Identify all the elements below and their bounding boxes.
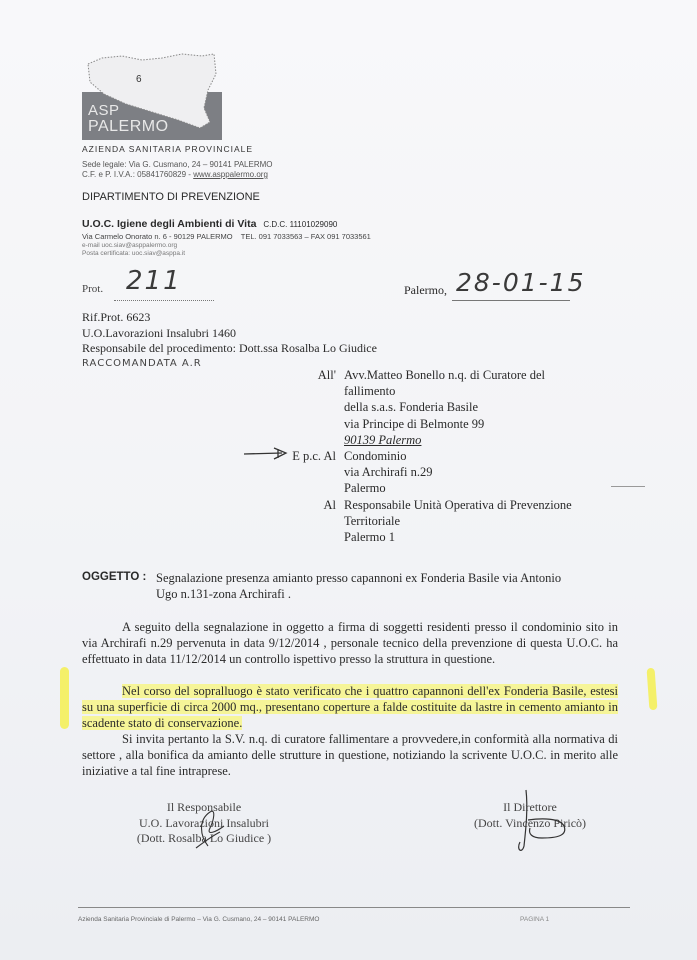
recipient-line: Territoriale (344, 513, 572, 529)
paragraph-text: A seguito della segnalazione in oggetto … (82, 620, 618, 666)
recipient-curatore: All' Avv.Matteo Bonello n.q. di Curatore… (280, 367, 572, 448)
rif-prot: Rif.Prot. 6623 (82, 310, 377, 326)
recipient-line: Responsabile Unità Operativa di Prevenzi… (344, 497, 572, 513)
recipient-uop: Al Responsabile Unità Operativa di Preve… (280, 497, 572, 546)
responsabile-procedimento: Responsabile del procedimento: Dott.ssa … (82, 341, 377, 357)
recipients-block: All' Avv.Matteo Bonello n.q. di Curatore… (280, 367, 572, 545)
website-link[interactable]: www.asppalermo.org (193, 170, 268, 179)
stray-mark (611, 486, 645, 487)
protocol-underline (114, 300, 214, 301)
subject-label: OGGETTO : (82, 571, 146, 583)
organization-name: AZIENDA SANITARIA PROVINCIALE (82, 144, 253, 154)
recipient-line: Condominio (344, 448, 433, 464)
references-block: Rif.Prot. 6623 U.O.Lavorazioni Insalubri… (82, 310, 377, 357)
body-paragraph-3: Si invita pertanto la S.V. n.q. di curat… (82, 731, 618, 779)
cf-piva: C.F. e P. I.V.A.: 05841760829 - (82, 170, 193, 179)
highlighter-mark-left (60, 667, 69, 729)
recipient-key: Al (280, 497, 344, 546)
page-number: PAGINA 1 (520, 916, 549, 923)
recipient-line: Palermo 1 (344, 529, 572, 545)
footer-address: Azienda Sanitaria Provinciale di Palermo… (78, 916, 319, 923)
recipient-line: via Archirafi n.29 (344, 464, 433, 480)
logo-asp-text: ASP (88, 102, 120, 119)
uoc-address-line: Via Carmelo Onorato n. 6 - 90129 PALERMO… (82, 232, 371, 241)
highlighter-mark-right (647, 668, 658, 710)
recipient-line: della s.a.s. Fonderia Basile (344, 399, 545, 415)
highlighted-text: Nel corso del sopralluogo è stato verifi… (82, 684, 618, 730)
uoc-address: Via Carmelo Onorato n. 6 - 90129 PALERMO (82, 232, 233, 241)
uo-reference: U.O.Lavorazioni Insalubri 1460 (82, 326, 377, 342)
body-paragraph-1: A seguito della segnalazione in oggetto … (82, 619, 618, 667)
recipient-line: Palermo (344, 480, 433, 496)
letter-page: 6 ASP PALERMO AZIENDA SANITARIA PROVINCI… (0, 0, 697, 960)
recipient-key: E p.c. Al (280, 448, 344, 497)
protocol-number: 211 (126, 266, 182, 296)
uoc-header: U.O.C. Igiene degli Ambienti di Vita C.D… (82, 218, 337, 230)
recipient-city: 90139 Palermo (344, 432, 545, 448)
signature-responsabile: Il Responsabile U.O. Lavorazioni Insalub… (104, 800, 304, 847)
recipient-key: All' (280, 367, 344, 448)
uoc-phone-fax: TEL. 091 7033563 – FAX 091 7033561 (241, 232, 371, 241)
subject-line-1: Segnalazione presenza amianto presso cap… (156, 570, 616, 586)
place-label: Palermo, (404, 283, 447, 298)
handwritten-signature-icon (190, 806, 230, 852)
subject-text: Segnalazione presenza amianto presso cap… (156, 570, 616, 602)
uoc-cdc: C.D.C. 11101029090 (263, 220, 337, 229)
uoc-email: e-mail uoc.siav@asppalermo.org (82, 242, 177, 249)
date-underline (452, 300, 570, 301)
recipient-condominio: E p.c. Al Condominio via Archirafi n.29 … (280, 448, 572, 497)
footer-divider (78, 907, 630, 908)
uoc-name: U.O.C. Igiene degli Ambienti di Vita (82, 218, 256, 230)
sede-legale: Sede legale: Via G. Cusmano, 24 – 90141 … (82, 160, 272, 169)
signature-direttore: Il Direttore (Dott. Vincenzo Piricò) (450, 800, 610, 831)
recipient-line: fallimento (344, 383, 545, 399)
cf-piva-line: C.F. e P. I.V.A.: 05841760829 - www.aspp… (82, 170, 268, 179)
recipient-line: Avv.Matteo Bonello n.q. di Curatore del (344, 367, 545, 383)
protocol-label: Prot. (82, 283, 103, 295)
body-paragraph-2-highlighted: Nel corso del sopralluogo è stato verifi… (82, 683, 618, 731)
uoc-pec: Posta certificata: uoc.siav@asppa.it (82, 250, 185, 257)
handwritten-raccomandata: RACCOMANDATA A.R (82, 358, 202, 369)
subject-line-2: Ugo n.131-zona Archirafi . (156, 586, 616, 602)
recipient-line: via Principe di Belmonte 99 (344, 416, 545, 432)
handwritten-signature-icon (502, 788, 572, 858)
letter-date: 28-01-15 (456, 268, 585, 297)
svg-text:6: 6 (136, 74, 142, 85)
paragraph-text: Si invita pertanto la S.V. n.q. di curat… (82, 732, 618, 778)
logo-palermo-text: PALERMO (88, 118, 169, 136)
department-title: DIPARTIMENTO DI PREVENZIONE (82, 191, 260, 203)
